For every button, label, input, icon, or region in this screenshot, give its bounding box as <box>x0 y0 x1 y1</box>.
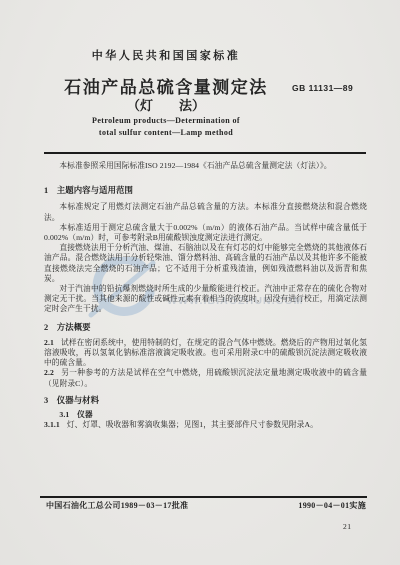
section-2-paragraph-2-2: 2.2另一种参考的方法是试样在空气中燃烧，用硫酸钡沉淀法定量地测定吸收液中的硫含… <box>44 368 367 388</box>
document-page: 中华人民共和国国家标准 石油产品总硫含量测定法 （灯 法） GB 11131—8… <box>0 0 400 565</box>
approval-note: 中国石油化工总公司1989－03－17批准 <box>46 500 188 511</box>
clause-text: 灯、灯罩、吸收器和雾滴收集器；见图1，其主要部件尺寸参数见附录A。 <box>67 420 318 429</box>
document-subtitle-lamp-method: （灯 法） <box>0 95 332 114</box>
section-1-paragraph-1: 本标准规定了用燃灯法测定石油产品总硫含量的方法。本标准分直接燃烧法和混合燃烧法。 <box>44 202 367 222</box>
clause-number: 2.1 <box>44 338 61 347</box>
document-title-en-line2: total sulfur content—Lamp method <box>0 128 332 137</box>
page-number: 21 <box>343 522 352 531</box>
implementation-note: 1990－04－01实施 <box>298 500 366 511</box>
standard-code: GB 11131—89 <box>292 83 353 93</box>
section-1-paragraph-4: 对于汽油中的铅抗爆剂燃烧时所生成的少量酸能进行校正。汽油中正常存在的硫化合物对测… <box>44 284 367 315</box>
section-1-paragraph-3: 直接燃烧法用于分析汽油、煤油、石脑油以及在有灯芯的灯中能够完全燃烧的其他液体石油… <box>44 243 367 284</box>
section-1-paragraph-2: 本标准适用于测定总硫含量大于0.002%（m/m）的液体石油产品。当试样中硫含量… <box>44 223 367 243</box>
section-2-paragraph-2-1: 2.1试样在密闭系统中，使用特制的灯，在规定的混合气体中燃烧。燃烧后的产物用过氧… <box>44 338 367 369</box>
section-1-heading: 1 主题内容与适用范围 <box>44 186 367 196</box>
section-3-paragraph-3-1-1: 3.1.1灯、灯罩、吸收器和雾滴收集器；见图1，其主要部件尺寸参数见附录A。 <box>44 420 367 430</box>
section-3-heading: 3 仪器与材料 <box>44 396 367 406</box>
footer-divider <box>40 496 367 498</box>
clause-text: 试样在密闭系统中，使用特制的灯，在规定的混合气体中燃烧。燃烧后的产物用过氧化氢溶… <box>44 338 367 367</box>
document-body: 本标准参照采用国际标准ISO 2192—1984《石油产品总硫含量测定法（灯法）… <box>44 161 367 430</box>
national-standard-label: 中华人民共和国国家标准 <box>0 47 332 63</box>
header-divider <box>44 152 366 154</box>
clause-number: 3.1.1 <box>44 420 67 429</box>
section-2-heading: 2 方法概要 <box>44 323 367 333</box>
clause-text: 另一种参考的方法是试样在空气中燃烧，用硫酸钡沉淀法定量地测定吸收液中的硫含量（见… <box>44 368 367 387</box>
document-title-en-line1: Petroleum products—Determination of <box>0 116 332 125</box>
clause-number: 2.2 <box>44 368 61 377</box>
intro-paragraph: 本标准参照采用国际标准ISO 2192—1984《石油产品总硫含量测定法（灯法）… <box>44 161 367 171</box>
section-3-1-subheading: 3.1 仪器 <box>44 410 367 420</box>
